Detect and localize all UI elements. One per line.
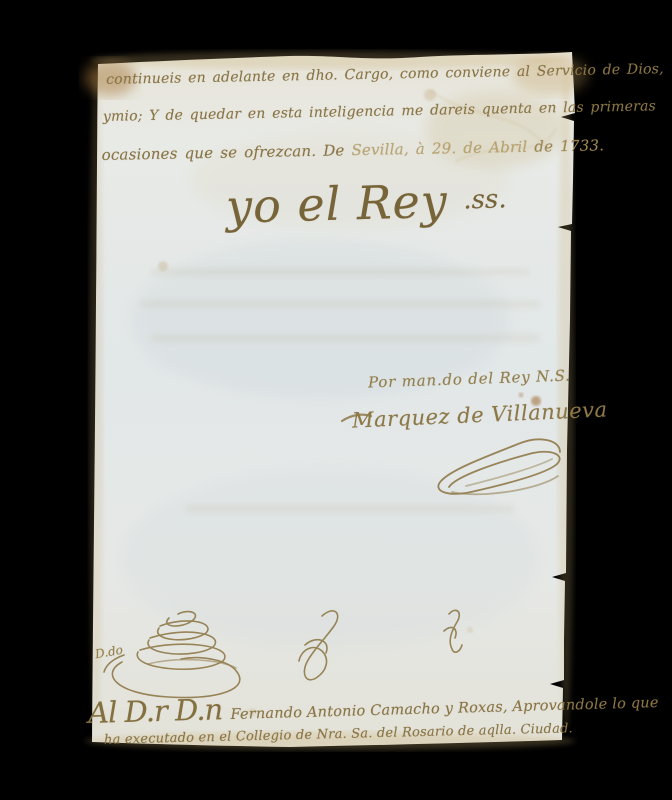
royal-signature-text: yo el Rey <box>225 174 448 234</box>
docket-note: D.do <box>94 643 124 662</box>
manuscript-photo: continueis en adelante en dho. Cargo, co… <box>0 0 672 800</box>
handwriting-layer: continueis en adelante en dho. Cargo, co… <box>0 0 672 800</box>
body-line-3: ocasiones que se ofrezcan. De Sevilla, à… <box>101 136 604 164</box>
body-line-2: ymio; Y de quedar en esta inteligencia m… <box>103 98 656 125</box>
royal-signature: yo el Rey .ss. <box>225 172 507 233</box>
addressee-monogram: Al D.r D.n <box>88 692 231 730</box>
body-line-3-start: ocasiones que se ofrezcan. De <box>101 141 351 164</box>
royal-rubric-suffix: .ss. <box>463 184 507 215</box>
secretary-signature: Marquez de Villanueva <box>352 397 608 432</box>
addressee-line-1: Al D.r D.n Fernando Antonio Camacho y Ro… <box>88 680 659 730</box>
body-line-1: continueis en adelante en dho. Cargo, co… <box>106 61 664 88</box>
body-text-block: continueis en adelante en dho. Cargo, co… <box>0 0 671 2</box>
order-line: Por man.do del Rey N.S. <box>368 366 571 391</box>
place-and-date: Sevilla, à 29. de Abril <box>351 138 534 160</box>
addressee-line-1-rest: Fernando Antonio Camacho y Roxas, Aprova… <box>230 695 659 723</box>
year: de 1733. <box>534 136 604 155</box>
